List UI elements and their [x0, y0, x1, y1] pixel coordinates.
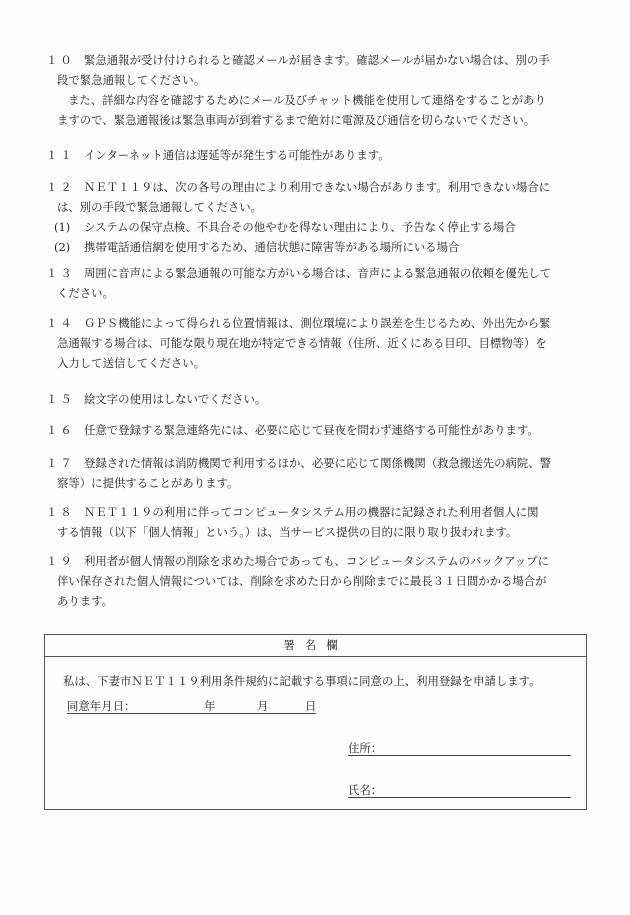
clause-number: １２ — [46, 177, 84, 197]
clause-number: １９ — [46, 551, 84, 571]
clause-number: １４ — [46, 313, 84, 333]
clause-14: １４ＧＰＳ機能によって得られる位置情報は、測位環境により誤差を生じるため、外出先… — [46, 313, 591, 373]
day-label: 日 — [305, 699, 316, 713]
clause-16: １６任意で登録する緊急連絡先には、必要に応じて昼夜を問わず連絡する可能性がありま… — [46, 420, 591, 440]
clause-13: １３周囲に音声による緊急通報の可能な方がいる場合は、音声による緊急通報の依頼を優… — [46, 263, 591, 303]
clause-10: １０緊急通報が受け付けられると確認メールが届きます。確認メールが届かない場合は、… — [46, 50, 591, 130]
clause-number: １０ — [46, 50, 84, 70]
clause-number: １５ — [46, 389, 84, 409]
clause-19: １９利用者が個人情報の削除を求めた場合であっても、コンピュータシステムのバックア… — [46, 551, 591, 611]
clause-17: １７登録された情報は消防機関で利用するほか、必要に応じて関係機関（救急搬送先の病… — [46, 453, 591, 493]
clause-12: １２ＮＥＴ１１９は、次の各号の理由により利用できない場合があります。利用できない… — [46, 177, 591, 257]
consent-date-field[interactable]: 同意年月日： 年 月 日 — [67, 699, 316, 714]
sub-item: (2)携帯電話通信網を使用するため、通信状態に障害等がある場所にいる場合 — [46, 237, 591, 257]
name-label: 氏名： — [348, 783, 382, 797]
clause-15: １５絵文字の使用はしないでください。 — [46, 389, 591, 409]
name-field[interactable]: 氏名： — [348, 783, 571, 798]
month-label: 月 — [257, 699, 268, 713]
clause-18: １８ＮＥＴ１１９の利用に伴ってコンピュータシステム用の機器に記録された利用者個人… — [46, 502, 591, 542]
clause-number: １７ — [46, 453, 84, 473]
clause-number: １３ — [46, 263, 84, 283]
clause-11: １１インターネット通信は遅延等が発生する可能性があります。 — [46, 145, 591, 165]
signature-title: 署名欄 — [45, 635, 586, 657]
clause-number: １６ — [46, 420, 84, 440]
signature-box: 署名欄 私は、下妻市ＮＥＴ１１９利用条件規約に記載する事項に同意の上、利用登録を… — [44, 634, 587, 810]
clause-number: １８ — [46, 502, 84, 522]
consent-statement: 私は、下妻市ＮＥＴ１１９利用条件規約に記載する事項に同意の上、利用登録を申請しま… — [63, 673, 541, 689]
sub-item: (1)システムの保守点検、不具合その他やむを得ない理由により、予告なく停止する場… — [46, 217, 591, 237]
clause-number: １１ — [46, 145, 84, 165]
date-label: 同意年月日： — [67, 699, 135, 713]
address-label: 住所： — [348, 741, 382, 755]
year-label: 年 — [204, 699, 215, 713]
address-field[interactable]: 住所： — [348, 741, 571, 756]
